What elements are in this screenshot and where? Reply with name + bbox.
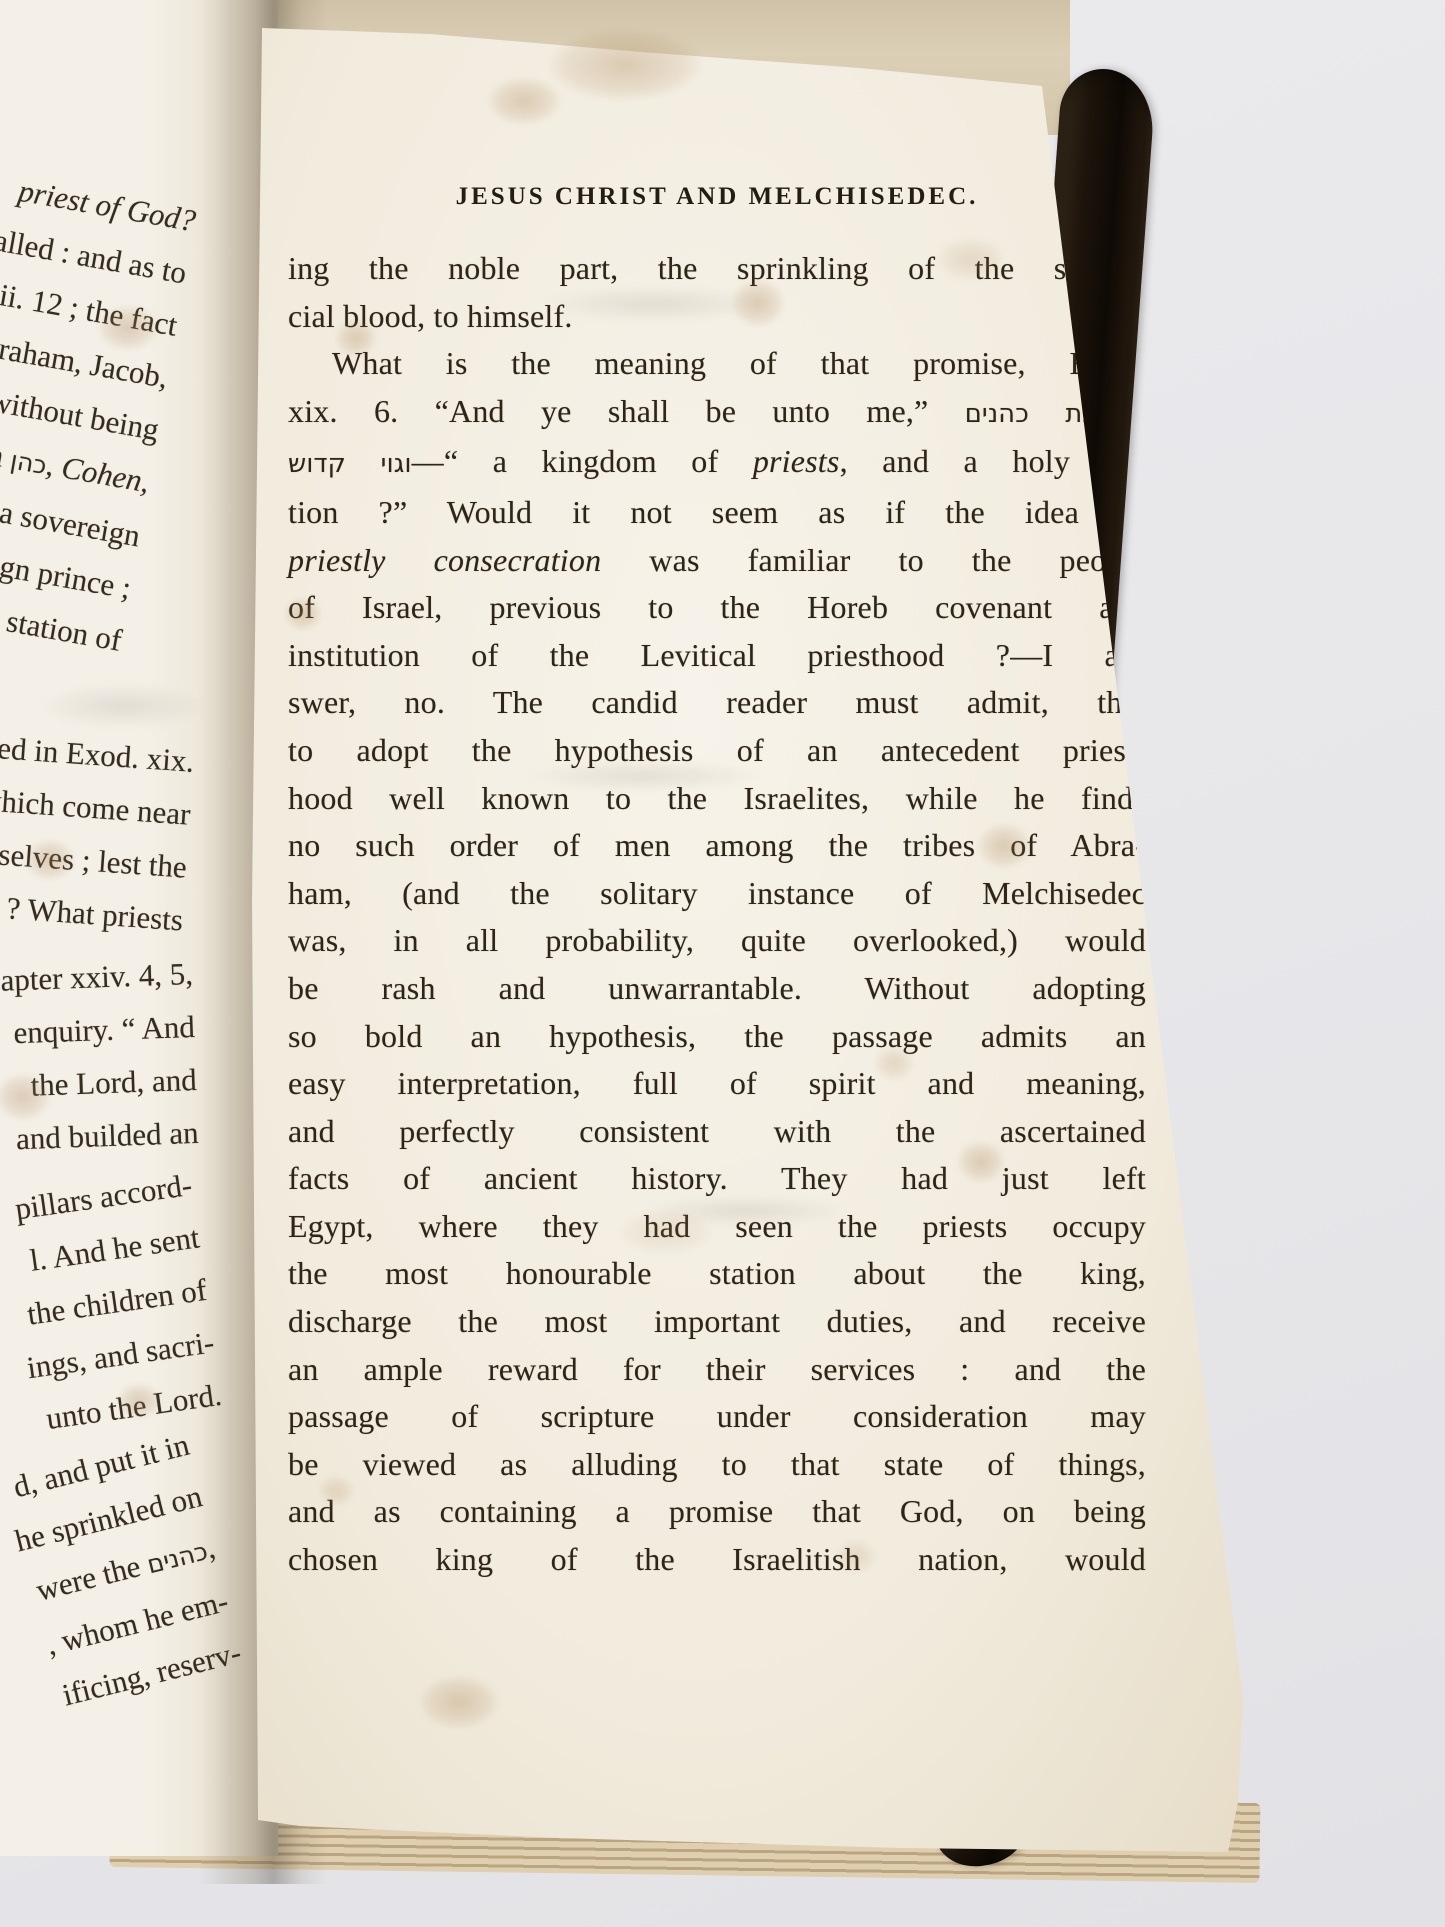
text-line: be viewed as alluding to that state of t… [288,1441,1146,1489]
text-line: and as containing a promise that God, on… [288,1488,1146,1536]
text-segment: enquiry. “ And [13,1009,195,1050]
text-segment: priestly consecration [288,542,601,578]
text-segment: institution of the Levitical priesthood … [288,637,1146,673]
text-segment: Egypt, where they had seen the priests o… [288,1208,1146,1244]
text-segment: which come near [0,782,192,832]
text-segment: be viewed as alluding to that state of t… [288,1446,1146,1482]
text-line: וגוי קדוש—“ a kingdom of priests, and a … [288,438,1146,489]
text-segment: ham, (and the solitary instance of Melch… [288,875,1146,911]
text-line: institution of the Levitical priesthood … [288,632,1146,680]
text-line: tion ?” Would it not seem as if the idea… [288,489,1146,537]
text-segment: discharge the most important duties, and… [288,1303,1146,1339]
text-segment: be rash and unwarrantable. Without adopt… [288,970,1146,1006]
text-segment: and perfectly consistent with the ascert… [288,1113,1146,1149]
book-photo: priest of God?alled : and as toiii. 12 ;… [0,0,1445,1927]
text-segment: —“ a kingdom of [412,443,753,479]
text-segment: tion ?” Would it not seem as if the idea… [288,494,1146,530]
text-segment: the most honourable station about the ki… [288,1255,1146,1291]
text-segment: so bold an hypothesis, the passage admit… [288,1018,1146,1054]
text-segment: was familiar to the people [601,542,1146,578]
text-segment: xix. 6. “And ye shall be unto me,” [288,393,965,429]
text-segment: chosen king of the Israelitish nation, w… [288,1541,1146,1577]
page-header-title: JESUS CHRIST AND MELCHISEDEC. [288,183,1146,211]
running-header: JESUS CHRIST AND MELCHISEDEC. 43 [288,183,1146,223]
text-line: xix. 6. “And ye shall be unto me,” ממלכת… [288,388,1146,439]
text-line: and perfectly consistent with the ascert… [288,1108,1146,1156]
text-line: to adopt the hypothesis of an antecedent… [288,727,1146,775]
text-line: discharge the most important duties, and… [288,1298,1146,1346]
text-segment: was, in all probability, quite overlooke… [288,922,1146,958]
text-line: passage of scripture under consideration… [288,1393,1146,1441]
text-segment: swer, no. The candid reader must admit, … [288,684,1146,720]
text-line: Egypt, where they had seen the priests o… [288,1203,1146,1251]
text-segment: selves ; lest the [0,837,188,885]
text-segment: and builded an [15,1115,199,1156]
left-page-text-block: apter xxiv. 4, 5,enquiry. “ Andthe Lord,… [0,947,199,1174]
text-segment: ing the noble part, the sprinkling of th… [288,250,1146,286]
text-line: What is the meaning of that promise, Exo… [288,340,1146,388]
text-segment: no such order of men among the tribes of… [288,827,1146,863]
text-line: swer, no. The candid reader must admit, … [288,679,1146,727]
text-segment: What is the meaning of that promise, Exo… [332,345,1146,381]
text-line: so bold an hypothesis, the passage admit… [288,1013,1146,1061]
hebrew-text: כהן [8,445,49,480]
text-segment: ? What priests [5,890,184,937]
hebrew-text: וגוי קדוש [288,449,412,479]
text-segment: passage of scripture under consideration… [288,1398,1146,1434]
text-line: the most honourable station about the ki… [288,1250,1146,1298]
text-line: hood well known to the Israelites, while… [288,775,1146,823]
text-line: was, in all probability, quite overlooke… [288,917,1146,965]
text-line: be rash and unwarrantable. Without adopt… [288,965,1146,1013]
faint-showthrough [38,683,208,729]
text-line: easy interpretation, full of spirit and … [288,1060,1146,1108]
text-line: no such order of men among the tribes of… [288,822,1146,870]
text-line: ham, (and the solitary instance of Melch… [288,870,1146,918]
text-segment: hood well known to the Israelites, while… [288,780,1146,816]
text-segment: easy interpretation, full of spirit and … [288,1065,1146,1101]
text-segment: an ample reward for their services : and… [288,1351,1146,1387]
text-line: chosen king of the Israelitish nation, w… [288,1536,1146,1584]
text-segment: apter xxiv. 4, 5, [0,956,194,998]
text-segment: ed in Exod. xix. [0,730,195,779]
text-line: cial blood, to himself. [288,293,1146,341]
left-page-text-block: ed in Exod. xix.which come nearselves ; … [0,706,196,947]
text-segment: priests [753,443,840,479]
text-segment: to adopt the hypothesis of an antecedent… [288,732,1146,768]
left-page-text-block: pillars accord-l. And he sentthe childre… [0,1158,225,1479]
text-line: priestly consecration was familiar to th… [288,537,1146,585]
text-line: ing the noble part, the sprinkling of th… [288,245,1146,293]
left-page-text-block: priest of God?alled : and as toiii. 12 ;… [0,122,200,667]
text-segment: of Israel, previous to the Horeb covenan… [288,589,1146,625]
text-segment: cial blood, to himself. [288,298,573,334]
text-line: facts of ancient history. They had just … [288,1155,1146,1203]
text-segment: and as containing a promise that God, on… [288,1493,1146,1529]
text-line: an ample reward for their services : and… [288,1346,1146,1394]
text-segment: facts of ancient history. They had just … [288,1160,1146,1196]
text-segment: Cohen, [59,449,152,499]
text-segment: the Lord, and [30,1062,197,1103]
body-text: ing the noble part, the sprinkling of th… [288,245,1146,1584]
text-line: of Israel, previous to the Horeb covenan… [288,584,1146,632]
